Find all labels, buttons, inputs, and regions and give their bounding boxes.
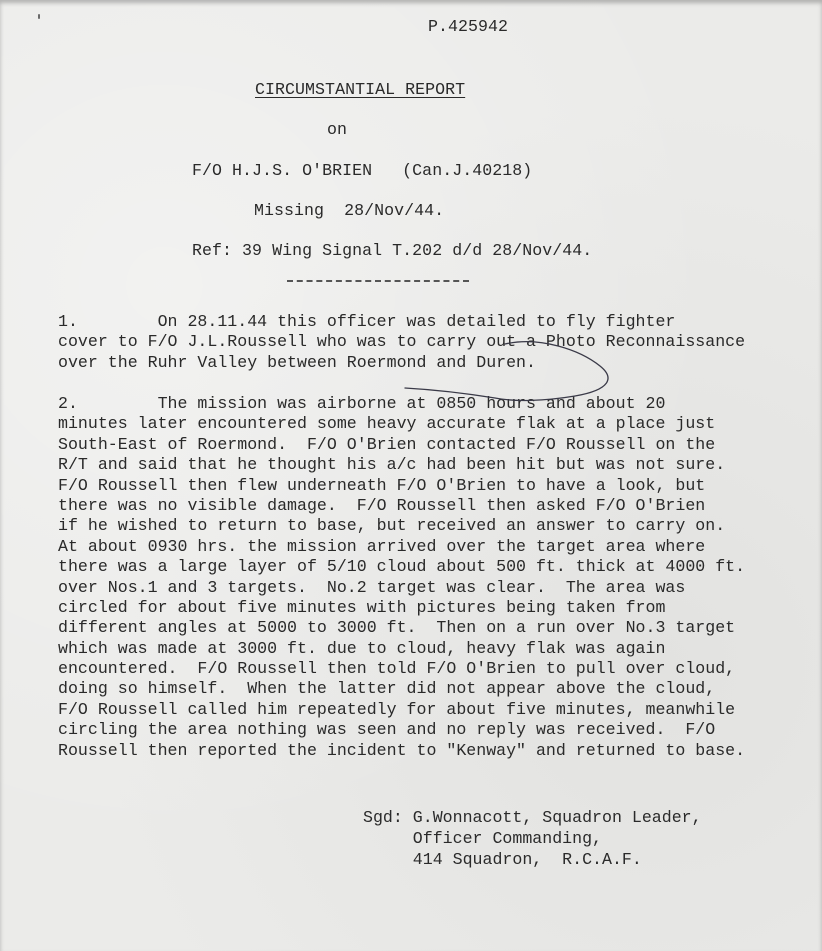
paragraph-line: minutes later encountered some heavy acc… — [58, 414, 798, 434]
paragraph-line: if he wished to return to base, but rece… — [58, 516, 798, 536]
paragraph-line: Roussell then reported the incident to "… — [58, 741, 798, 761]
paragraph-line: there was a large layer of 5/10 cloud ab… — [58, 557, 798, 577]
paragraph-line: there was no visible damage. F/O Roussel… — [58, 496, 798, 516]
paragraph-line: which was made at 3000 ft. due to cloud,… — [58, 639, 798, 659]
paragraph-line: circled for about five minutes with pict… — [58, 598, 798, 618]
paragraph-line: F/O Roussell then flew underneath F/O O'… — [58, 476, 798, 496]
paragraph-line: over Nos.1 and 3 targets. No.2 target wa… — [58, 578, 798, 598]
missing-date: Missing 28/Nov/44. — [254, 201, 444, 221]
paragraph-line: South-East of Roermond. F/O O'Brien cont… — [58, 435, 798, 455]
subject-officer: F/O H.J.S. O'BRIEN (Can.J.40218) — [192, 161, 532, 181]
paragraph-line: R/T and said that he thought his a/c had… — [58, 455, 798, 475]
scanned-document-page: P.425942 CIRCUMSTANTIAL REPORT on F/O H.… — [0, 0, 822, 951]
report-title: CIRCUMSTANTIAL REPORT — [255, 80, 465, 100]
paragraph-line: doing so himself. When the latter did no… — [58, 679, 798, 699]
signature-line: Officer Commanding, — [363, 828, 702, 849]
paragraph-line: 1. On 28.11.44 this officer was detailed… — [58, 312, 798, 332]
document-number: P.425942 — [428, 17, 508, 37]
paragraph-line: circling the area nothing was seen and n… — [58, 720, 798, 740]
paragraph-1: 1. On 28.11.44 this officer was detailed… — [58, 312, 798, 373]
paragraph-line: 2. The mission was airborne at 0850 hour… — [58, 394, 798, 414]
paragraph-2: 2. The mission was airborne at 0850 hour… — [58, 394, 798, 761]
paragraph-line: At about 0930 hrs. the mission arrived o… — [58, 537, 798, 557]
signature-block: Sgd: G.Wonnacott, Squadron Leader, Offic… — [363, 807, 702, 870]
dashed-divider — [287, 280, 469, 282]
signature-line: Sgd: G.Wonnacott, Squadron Leader, — [363, 807, 702, 828]
signature-line: 414 Squadron, R.C.A.F. — [363, 849, 702, 870]
paragraph-line: encountered. F/O Roussell then told F/O … — [58, 659, 798, 679]
paragraph-line: F/O Roussell called him repeatedly for a… — [58, 700, 798, 720]
paragraph-line: different angles at 5000 to 3000 ft. The… — [58, 618, 798, 638]
paragraph-line: cover to F/O J.L.Roussell who was to car… — [58, 332, 798, 352]
paragraph-line: over the Ruhr Valley between Roermond an… — [58, 353, 798, 373]
paper-speck — [38, 14, 40, 19]
on-label: on — [327, 120, 347, 140]
reference-line: Ref: 39 Wing Signal T.202 d/d 28/Nov/44. — [192, 241, 592, 261]
